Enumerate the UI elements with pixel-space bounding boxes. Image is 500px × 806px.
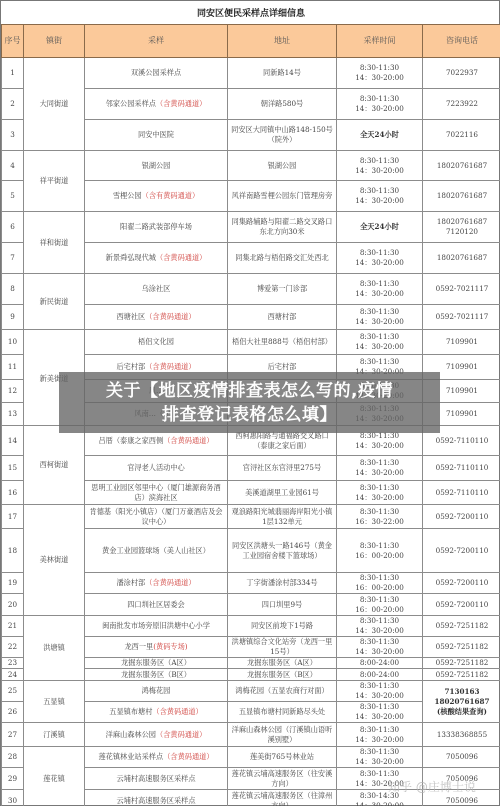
cell-no: 5 (2, 181, 24, 212)
cell-site: 五显镇布塘村（含黄码通道） (85, 702, 228, 723)
cell-time: 8:30-11:30 14：30-20:00 (337, 89, 423, 120)
cell-address: 同新路14号 (228, 58, 337, 89)
cell-no: 29 (2, 768, 24, 790)
cell-site: 龙西一里(黄码专场) (85, 637, 228, 658)
site-name: 梧侣文化园 (138, 337, 174, 346)
cell-site: 云埔村高速服务区采样点 (85, 768, 228, 790)
cell-time: 8:30-11:30 14：30-20:00 (337, 637, 423, 658)
table-row: 25五显镇鸿梅花园鸿梅花园（五显农商行对面）8:30-11:30 14：30-2… (2, 681, 500, 702)
table-title: 同安区便民采样点详细信息 (1, 1, 500, 24)
cell-no: 19 (2, 573, 24, 594)
cell-phone: 18020761687 (423, 181, 500, 212)
cell-no: 4 (2, 151, 24, 181)
cell-time: 8:00-24:00 (337, 669, 423, 681)
cell-address: 洪塘镇综合文化站旁（龙西一里15号） (228, 637, 337, 658)
table-row: 28莲花镇莲花镇林业站采样点（含黄码通道）莲美街765号林业站8:30-11:3… (2, 747, 500, 768)
cell-phone: 7223922 (423, 89, 500, 120)
cell-time: 8:30-11:30 14：30-20:00 (337, 151, 423, 181)
cell-phone: 0592-7110110 (423, 481, 500, 505)
cell-no: 16 (2, 481, 24, 505)
site-name: 吕厝（泰康之家西侧 (98, 436, 163, 445)
cell-site: 龙掘东服务区（A区） (85, 658, 228, 669)
cell-site: 西塘社区（含黄码通道） (85, 305, 228, 330)
cell-phone: 0592-7110110 (423, 456, 500, 481)
table-row: 17美林街道肯德基（阳光小镇店）（厦门万豪酒店及会议中心）观浪路阳光城翡丽海岸阳… (2, 505, 500, 529)
site-name: 同安中医院 (138, 130, 174, 139)
cell-phone: 0592-7251182 (423, 616, 500, 637)
cell-time: 8:30-11:30 16：00-20:00 (337, 529, 423, 573)
cell-time: 8:30-11:30 14：30-20:00 (337, 616, 423, 637)
cell-address: 鸿梅花园（五显农商行对面） (228, 681, 337, 702)
cell-no: 11 (2, 355, 24, 380)
yellow-code-tag: （含有黄码通道） (142, 191, 200, 200)
cell-site: 双溪公园采样点 (85, 58, 228, 89)
cell-time: 8:30-11:30 14：30-20:00 (337, 681, 423, 702)
cell-site: 银湖公园 (85, 151, 228, 181)
yellow-code-tag: （含黄码通道） (152, 707, 202, 716)
header-phone: 咨询电话 (423, 25, 500, 58)
cell-phone: 7130163 18020761687 (核酸结果查询) (423, 681, 500, 723)
cell-site: 龙掘东服务区（B区） (85, 669, 228, 681)
cell-phone: 7022937 (423, 58, 500, 89)
yellow-code-tag: （含黄码通道） (145, 362, 195, 371)
cell-address: 银湖公园 (228, 151, 337, 181)
site-name: 闽南批发市场旁原旧洪塘中心小学 (102, 621, 210, 630)
cell-address: 四口圳里9号 (228, 594, 337, 616)
cell-site: 洋麻山森林公园（含黄码通道） (85, 723, 228, 747)
site-name: 乌涂社区 (142, 284, 171, 293)
header-time: 采样时间 (337, 25, 423, 58)
cell-no: 23 (2, 658, 24, 669)
site-name: 莲花镇林业站采样点 (98, 752, 163, 761)
cell-no: 2 (2, 89, 24, 120)
site-name: 洋麻山森林公园 (106, 730, 156, 739)
site-name: 五显镇布塘村 (109, 707, 152, 716)
cell-site: 阳翟二路武装部停车场 (85, 212, 228, 243)
yellow-code-tag: （含黄码通道） (163, 436, 213, 445)
cell-time: 8:30-11:30 14：30-20:00 (337, 243, 423, 274)
header-address: 地址 (228, 25, 337, 58)
cell-street: 祥和街道 (24, 212, 85, 274)
cell-phone: 18020761687 (423, 151, 500, 181)
cell-time: 8:30-11:30 14：30-20:00 (337, 181, 423, 212)
header-site: 采样 (85, 25, 228, 58)
cell-street: 洪塘镇 (24, 616, 85, 681)
yellow-code-tag: (黄码专场) (153, 642, 187, 651)
cell-time: 8:30-11:30 14：30-20:00 (337, 456, 423, 481)
yellow-code-tag: （含黄码通道） (145, 312, 195, 321)
yellow-code-tag: （含黄码通道） (156, 253, 206, 262)
cell-phone: 0592-7021117 (423, 274, 500, 305)
cell-address: 龙掘东服务区（B区） (228, 669, 337, 681)
cell-address: 西塘村部 (228, 305, 337, 330)
cell-site: 鸿梅花园 (85, 681, 228, 702)
cell-no: 1 (2, 58, 24, 89)
header-no: 序号 (2, 25, 24, 58)
cell-address: 美溪道湖里工业园61号 (228, 481, 337, 505)
site-name: 雪梩公园 (113, 191, 142, 200)
header-row: 序号 镇街 采样 地址 采样时间 咨询电话 (2, 25, 500, 58)
site-name: 鸿梅花园 (142, 686, 171, 695)
cell-site: 莲花镇林业站采样点（含黄码通道） (85, 747, 228, 768)
cell-address: 观浪路阳光城翡丽海岸阳光小镇1层132单元 (228, 505, 337, 529)
cell-street: 莲花镇 (24, 747, 85, 806)
site-name: 阳翟二路武装部停车场 (120, 222, 192, 231)
cell-address: 莲花镇云埔高速服务区（往安溪方向） (228, 768, 337, 790)
cell-address: 梧侣大社里888号（梧侣村部） (228, 330, 337, 355)
site-name: 云埔村高速服务区采样点 (116, 796, 195, 805)
cell-no: 17 (2, 505, 24, 529)
cell-phone: 18020761687 (423, 243, 500, 274)
cell-no: 28 (2, 747, 24, 768)
cell-site: 新景舜弘现代城（含黄码通道） (85, 243, 228, 274)
cell-address: 同安区洪塘头一路146号（黄金工业园宿舍楼下篮球场） (228, 529, 337, 573)
cell-site: 云埔村高速服务区采样点 (85, 790, 228, 806)
cell-no: 15 (2, 456, 24, 481)
cell-site: 肯德基（阳光小镇店）（厦门万豪酒店及会议中心） (85, 505, 228, 529)
cell-no: 9 (2, 305, 24, 330)
cell-time: 8:30-11:30 14：30-20:00 (337, 702, 423, 723)
watermark: 知乎 @庄博士说 (388, 778, 476, 795)
table-row: 27汀溪镇洋麻山森林公园（含黄码通道）洋麻山森林公园（汀溪镇山语听溪别墅）8:3… (2, 723, 500, 747)
cell-address: 同安区前埈下1号路 (228, 616, 337, 637)
cell-phone: 0592-7200110 (423, 529, 500, 573)
cell-no: 20 (2, 594, 24, 616)
site-name: 龙掘东服务区（B区） (121, 670, 191, 679)
site-name: 潘涂村部 (116, 578, 145, 587)
cell-time: 8:30-11:30 16：00-20:00 (337, 573, 423, 594)
cell-street: 祥平街道 (24, 151, 85, 212)
cell-no: 22 (2, 637, 24, 658)
cell-address: 博爱第一门诊部 (228, 274, 337, 305)
cell-time: 8:30-11:30 14：30-20:00 (337, 481, 423, 505)
cell-address: 丁字街潘涂村部334号 (228, 573, 337, 594)
cell-time: 8:30-11:30 14：30-20:00 (337, 58, 423, 89)
site-name: 黄金工业园篮球场（美人山社区） (102, 546, 210, 555)
cell-no: 12 (2, 380, 24, 403)
cell-no: 6 (2, 212, 24, 243)
cell-street: 美林街道 (24, 505, 85, 616)
cell-site: 同安中医院 (85, 120, 228, 151)
cell-phone: 0592-7251182 (423, 637, 500, 658)
cell-time: 8:30-11:30 14：30-20:00 (337, 747, 423, 768)
cell-phone: 18020761687 7120120 (423, 212, 500, 243)
cell-address: 洋麻山森林公园（汀溪镇山语听溪别墅） (228, 723, 337, 747)
cell-address: 官浔社区东官浔里275号 (228, 456, 337, 481)
cell-site: 乌涂社区 (85, 274, 228, 305)
table-row: 1大同街道双溪公园采样点同新路14号8:30-11:30 14：30-20:00… (2, 58, 500, 89)
cell-no: 21 (2, 616, 24, 637)
table-row: 6祥和街道阳翟二路武装部停车场同集路辅路与阳翟二路交叉路口东北方向30米全天24… (2, 212, 500, 243)
cell-phone: 0592-7251182 (423, 658, 500, 669)
cell-time: 8:30-11:30 14：30-20:00 (337, 305, 423, 330)
cell-time: 8:30-11:30 14：30-20:00 (337, 274, 423, 305)
cell-site: 雪梩公园（含有黄码通道） (85, 181, 228, 212)
yellow-code-tag: （含黄码通道） (145, 578, 195, 587)
cell-time: 8:30-11:30 16：00-20:00 (337, 594, 423, 616)
cell-phone: 0592-7251182 (423, 669, 500, 681)
cell-site: 邻家公园采样点（含黄码通道） (85, 89, 228, 120)
site-name: 银湖公园 (142, 161, 171, 170)
overlay-line-1: 关于【地区疫情排查表怎么写的,疫情 (106, 379, 393, 403)
site-name: 官浔老人活动中心 (127, 463, 185, 472)
cell-time: 8:30-11:30 16：30-22:00 (337, 505, 423, 529)
site-name: 四口圳社区居委会 (127, 600, 185, 609)
site-name: 云埔村高速服务区采样点 (116, 774, 195, 783)
table-row: 21洪塘镇闽南批发市场旁原旧洪塘中心小学同安区前埈下1号路8:30-11:30 … (2, 616, 500, 637)
table-row: 4祥平街道银湖公园银湖公园8:30-11:30 14：30-20:0018020… (2, 151, 500, 181)
cell-time: 全天24小时 (337, 120, 423, 151)
cell-no: 13 (2, 403, 24, 426)
site-name: 西塘社区 (116, 312, 145, 321)
header-street: 镇街 (24, 25, 85, 58)
cell-street: 新民街道 (24, 274, 85, 330)
cell-address: 莲美街765号林业站 (228, 747, 337, 768)
cell-no: 24 (2, 669, 24, 681)
yellow-code-tag: （含黄码通道） (156, 99, 206, 108)
cell-time: 8:30-11:30 14：30-20:00 (337, 330, 423, 355)
cell-no: 8 (2, 274, 24, 305)
cell-street: 汀溪镇 (24, 723, 85, 747)
cell-site: 潘涂村部（含黄码通道） (85, 573, 228, 594)
cell-site: 梧侣文化园 (85, 330, 228, 355)
cell-time: 全天24小时 (337, 212, 423, 243)
cell-site: 官浔老人活动中心 (85, 456, 228, 481)
cell-street: 大同街道 (24, 58, 85, 151)
cell-site: 闽南批发市场旁原旧洪塘中心小学 (85, 616, 228, 637)
cell-phone: 0592-7200110 (423, 573, 500, 594)
cell-phone: 7050096 (423, 747, 500, 768)
yellow-code-tag: （含黄码通道） (156, 730, 206, 739)
cell-address: 莲花镇云埔高速服务区（往漳州方向） (228, 790, 337, 806)
cell-no: 26 (2, 702, 24, 723)
cell-no: 3 (2, 120, 24, 151)
site-name: 邻家公园采样点 (106, 99, 156, 108)
cell-site: 四口圳社区居委会 (85, 594, 228, 616)
cell-time: 8:00-24:00 (337, 658, 423, 669)
cell-phone: 0592-7200110 (423, 505, 500, 529)
cell-street: 西柯街道 (24, 426, 85, 505)
site-name: 新景舜弘现代城 (106, 253, 156, 262)
cell-address: 同集北路与梧侣路交汇处西北 (228, 243, 337, 274)
overlay-line-2: 排查登记表格怎么填】 (162, 403, 337, 427)
cell-no: 14 (2, 426, 24, 456)
cell-phone: 0592-7200110 (423, 594, 500, 616)
cell-address: 龙掘东服务区（A区） (228, 658, 337, 669)
cell-phone: 0592-7021117 (423, 305, 500, 330)
cell-address: 同安区大同镇中山路148-150号（院外） (228, 120, 337, 151)
cell-site: 思明工业园区邻里中心（厦门雄源商务酒店）滨海社区 (85, 481, 228, 505)
cell-phone: 7109901 (423, 330, 500, 355)
cell-address: 风祥南路雪梩公园东门管理房旁 (228, 181, 337, 212)
yellow-code-tag: （含黄码通道） (163, 752, 213, 761)
cell-phone: 7022116 (423, 120, 500, 151)
table-row: 8新民街道乌涂社区博爱第一门诊部8:30-11:30 14：30-20:0005… (2, 274, 500, 305)
site-name: 思明工业园区邻里中心（厦门雄源商务酒店）滨海社区 (91, 483, 220, 502)
site-name: 双溪公园采样点 (131, 68, 181, 77)
cell-no: 7 (2, 243, 24, 274)
cell-no: 25 (2, 681, 24, 702)
cell-address: 朝洋路580号 (228, 89, 337, 120)
site-name: 肯德基（阳光小镇店）（厦门万豪酒店及会议中心） (90, 507, 223, 526)
site-name: 龙掘东服务区（A区） (121, 658, 191, 667)
cell-address: 五显镇布塘村同新路尽头处 (228, 702, 337, 723)
cell-address: 同集路辅路与阳翟二路交叉路口东北方向30米 (228, 212, 337, 243)
site-name: 后宅村部 (116, 362, 145, 371)
table-row: 10新美街道梧侣文化园梧侣大社里888号（梧侣村部）8:30-11:30 14：… (2, 330, 500, 355)
cell-no: 18 (2, 529, 24, 573)
cell-no: 30 (2, 790, 24, 806)
cell-no: 10 (2, 330, 24, 355)
cell-no: 27 (2, 723, 24, 747)
site-name: 龙西一里 (124, 642, 153, 651)
article-title-overlay: 关于【地区疫情排查表怎么写的,疫情 排查登记表格怎么填】 (59, 372, 440, 433)
cell-site: 黄金工业园篮球场（美人山社区） (85, 529, 228, 573)
cell-street: 五显镇 (24, 681, 85, 723)
cell-phone: 13338368855 (423, 723, 500, 747)
cell-time: 8:30-11:30 14：30-20:00 (337, 723, 423, 747)
